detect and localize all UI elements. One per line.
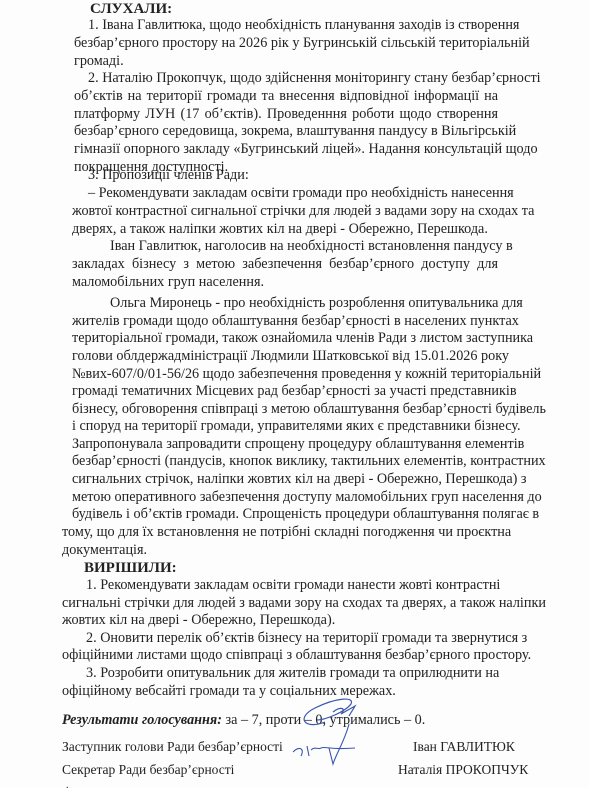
myronets-line: жителів громади щодо облаштування безбар… xyxy=(72,313,498,329)
voting-label: Результати голосування: xyxy=(62,712,222,728)
gavlytiuk-line: Іван Гавлитюк, наголосив на необхідності… xyxy=(110,238,498,254)
myronets-line: сигнальних стрічок, наліпки жовтих кіл н… xyxy=(72,471,498,487)
heard-item1-line: безбар’єрного простору на 2026 рік у Буг… xyxy=(74,35,498,51)
decided-heading: ВИРІШИЛИ: xyxy=(84,560,177,576)
myronets-line: будівель і об’єктів громади. Спрощеність… xyxy=(72,506,498,522)
heard-item2-line: 2. Наталію Прокопчук, щодо здійснення мо… xyxy=(88,70,498,86)
decided-item1-line: сигнальні стрічки для людей з вадами зор… xyxy=(62,595,498,611)
myronets-line: №вих-607/0/01-56/26 щодо забезпечення пр… xyxy=(72,366,498,382)
myronets-line: метою оперативного забезпечення доступу … xyxy=(72,489,498,505)
heard-item3-line: – Рекомендувати закладам освіти громади … xyxy=(88,185,498,201)
handwritten-signature-icon xyxy=(285,690,385,770)
myronets-line: голови облдержадміністрації Людмили Шатк… xyxy=(72,348,498,364)
myronets-line: Запропонувала запровадити спрощену проце… xyxy=(72,436,498,452)
myronets-line: територіальної громади, також ознайомила… xyxy=(72,330,498,346)
decided-item1-line: 1. Рекомендувати закладам освіти громади… xyxy=(86,577,498,593)
heard-item1-line: громаді. xyxy=(74,53,124,69)
dot-mark: . xyxy=(66,778,69,788)
decided-item1-line: жовтих кіл на двері - Обережно, Перешкод… xyxy=(62,612,335,628)
heard-item3-line: жовтої контрастної сигнальної стрічки дл… xyxy=(72,203,498,219)
signature-name: Наталія ПРОКОПЧУК xyxy=(398,762,528,778)
signature-position: Секретар Ради безбар’єрності xyxy=(62,762,234,778)
signature-position: Заступник голови Ради безбар’єрності xyxy=(62,739,283,755)
heard-item3-line: 3. Пропозиції членів Ради: xyxy=(88,167,249,183)
decided-item2-line: 2. Оновити перелік об’єктів бізнесу на т… xyxy=(86,630,498,646)
heard-item2-line: безбар’єрного середовища, зокрема, влашт… xyxy=(74,123,498,139)
myronets-line: Ольга Миронець - про необхідність розроб… xyxy=(110,295,498,311)
heard-heading: СЛУХАЛИ: xyxy=(90,1,172,17)
gavlytiuk-line: закладах бізнесу з метою забезпечення бе… xyxy=(72,256,498,272)
decided-item2-line: офіційними листами щодо співпраці з обла… xyxy=(62,647,531,663)
myronets-line: громаді тематичних Місцевих рад безбар’є… xyxy=(72,383,498,399)
heard-item2-line: платформу ЛУН (17 об’єктів). Проведенння… xyxy=(74,106,498,122)
decided-item3-line: 3. Розробити опитувальник для жителів гр… xyxy=(86,665,498,681)
myronets-line: документація. xyxy=(62,542,147,558)
myronets-line: і споруд на території громади, управител… xyxy=(72,418,498,434)
gavlytiuk-line: маломобільних груп населення. xyxy=(72,274,264,290)
document-page: СЛУХАЛИ: 1. Івана Гавлитюка, щодо необхі… xyxy=(0,0,589,788)
heard-item1-line: 1. Івана Гавлитюка, щодо необхідність пл… xyxy=(88,17,498,33)
signature-name: Іван ГАВЛИТЮК xyxy=(413,739,515,755)
heard-item3-line: дверях, а також наліпки жовтих кіл на дв… xyxy=(72,221,488,237)
myronets-line: бізнесу, обговорення співпраці з метою о… xyxy=(72,401,498,417)
myronets-line: безбар’єрності (пандусів, кнопок виклику… xyxy=(72,453,498,469)
myronets-line: тому, що для їх встановлення не потрібні… xyxy=(62,524,498,540)
heard-item2-line: гімназії опорного закладу «Бугринський л… xyxy=(74,141,498,157)
heard-item2-line: об’єктів на території громади та внесенн… xyxy=(74,88,498,104)
